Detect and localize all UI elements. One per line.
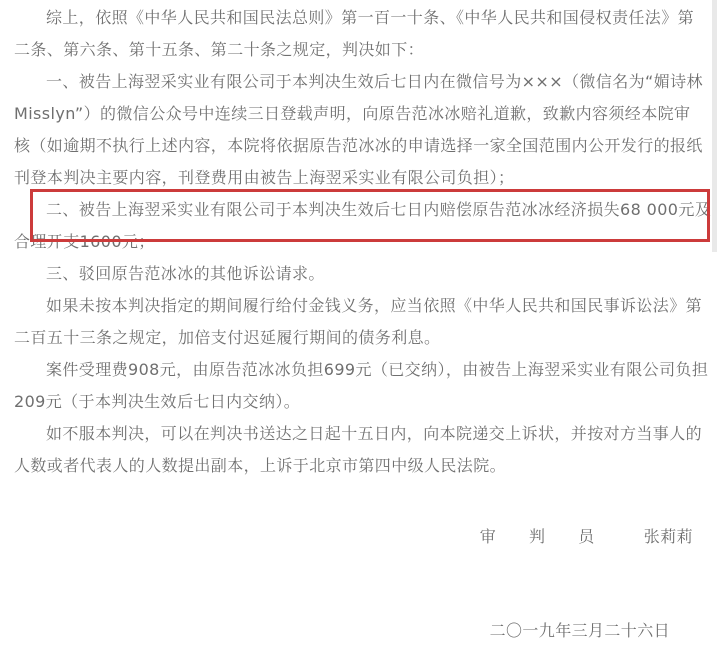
text-line: 二条、第六条、第十五条、第二十条之规定，判决如下： — [14, 34, 700, 66]
text-line: 核（如逾期不执行上述内容，本院将依据原告范冰冰的申请选择一家全国范围内公开发行的… — [14, 130, 700, 162]
text-line: 如不服本判决，可以在判决书送达之日起十五日内，向本院递交上诉状，并按对方当事人的 — [14, 418, 700, 450]
judgment-document-page: 综上，依照《中华人民共和国民法总则》第一百一十条、《中华人民共和国侵权责任法》第… — [0, 0, 717, 655]
judge-signature: 审 判 员 张莉莉 — [14, 521, 700, 553]
page-edge-strip — [712, 0, 717, 252]
text-line: 二百五十三条之规定，加倍支付迟延履行期间的债务利息。 — [14, 322, 700, 354]
judgment-date: 二〇一九年三月二十六日 — [14, 615, 700, 647]
text-line: 一、被告上海翌采实业有限公司于本判决生效后七日内在微信号为×××（微信名为“媚诗… — [14, 66, 700, 98]
text-line: 如果未按本判决指定的期间履行给付金钱义务，应当依照《中华人民共和国民事诉讼法》第 — [14, 290, 700, 322]
text-line: Misslyn”）的微信公众号中连续三日登载声明，向原告范冰冰赔礼道歉，致歉内容… — [14, 98, 700, 130]
text-line: 三、驳回原告范冰冰的其他诉讼请求。 — [14, 258, 700, 290]
text-line: 刊登本判决主要内容，刊登费用由被告上海翌采实业有限公司负担）； — [14, 162, 700, 194]
text-line: 209元（于本判决生效后七日内交纳）。 — [14, 386, 700, 418]
text-line: 案件受理费908元，由原告范冰冰负担699元（已交纳），由被告上海翌采实业有限公… — [14, 354, 700, 386]
text-line: 人数或者代表人的人数提出副本，上诉于北京市第四中级人民法院。 — [14, 450, 700, 482]
judgment-body: 综上，依照《中华人民共和国民法总则》第一百一十条、《中华人民共和国侵权责任法》第… — [14, 2, 700, 647]
text-line-highlighted: 合理开支1600元； — [14, 226, 700, 258]
text-line-highlighted: 二、被告上海翌采实业有限公司于本判决生效后七日内赔偿原告范冰冰经济损失68 00… — [14, 194, 700, 226]
text-line: 综上，依照《中华人民共和国民法总则》第一百一十条、《中华人民共和国侵权责任法》第 — [14, 2, 700, 34]
